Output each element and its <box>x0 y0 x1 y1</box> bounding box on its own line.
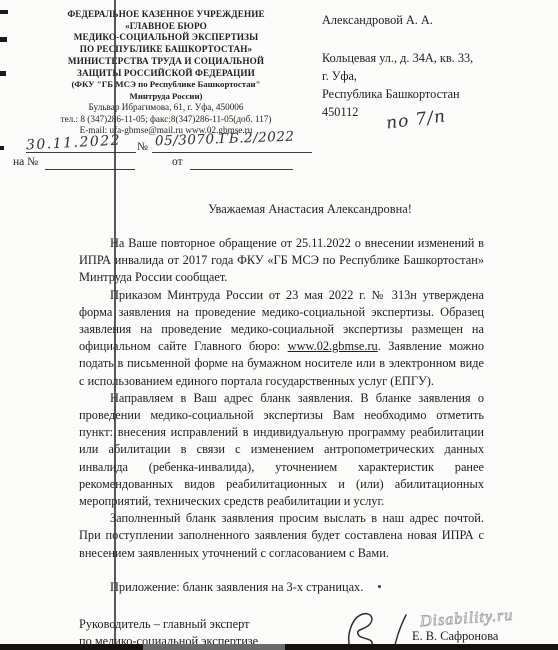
org-short-name-line: (ФКУ "ГБ МСЭ по Республике Башкортостан" <box>22 79 310 91</box>
paragraph-2: Приказом Минтруда России от 23 мая 2022 … <box>79 287 484 390</box>
scan-edge-mark <box>0 71 6 76</box>
org-name-line: ПО РЕСПУБЛИКЕ БАШКОРТОСТАН» <box>22 44 310 56</box>
scanned-letter-page: ФЕДЕРАЛЬНОЕ КАЗЕННОЕ УЧРЕЖДЕНИЕ «ГЛАВНОЕ… <box>0 0 558 650</box>
number-sign-label: № <box>137 141 148 153</box>
reply-number-underline <box>45 169 135 170</box>
scan-edge-mark <box>0 37 7 42</box>
paragraph-3: Направляем в Ваш адрес бланк заявления. … <box>79 390 484 510</box>
org-name-line: МЕДИКО-СОЦИАЛЬНОЙ ЭКСПЕРТИЗЫ <box>22 32 310 44</box>
org-name-line: «ГЛАВНОЕ БЮРО <box>22 21 310 33</box>
reply-from-label: от <box>172 156 183 168</box>
scan-edge-mark <box>0 146 4 150</box>
scan-noise-dot <box>378 585 381 588</box>
addressee-name: Александровой А. А. <box>322 13 473 28</box>
paper-fold-line <box>114 0 116 645</box>
attachment-line: Приложение: бланк заявления на 3-х стран… <box>79 580 484 595</box>
letter-body: На Ваше повторное обращение от 25.11.202… <box>79 235 484 562</box>
org-short-name-line: Минтруда России) <box>22 91 310 103</box>
org-name-line: МИНИСТЕРСТВА ТРУДА И СОЦИАЛЬНОЙ <box>22 56 310 68</box>
date-underline <box>26 152 136 153</box>
salutation: Уважаемая Анастасия Александровна! <box>100 202 520 217</box>
reply-date-underline <box>190 169 293 170</box>
signer-name: Е. В. Сафронова <box>412 629 498 644</box>
scan-bottom-edge-bar-light <box>143 644 285 650</box>
paragraph-4: Заполненный бланк заявления просим высла… <box>79 510 484 562</box>
addressee-address-line: Республика Башкортостан <box>322 85 473 103</box>
handwritten-outgoing-number: 05/3070.ГБ.2/2022 <box>155 129 295 150</box>
signer-title-line: Руководитель – главный эксперт <box>79 616 359 633</box>
reply-to-number-label: на № <box>13 156 38 168</box>
addressee-block: Александровой А. А. Кольцевая ул., д. 34… <box>322 13 473 121</box>
addressee-address: Кольцевая ул., д. 34А, кв. 33, г. Уфа, Р… <box>322 49 473 121</box>
website-url-text: www.02.gbmse.ru <box>288 339 378 353</box>
watermark-text: Disability.ru <box>419 607 513 631</box>
paragraph-1: На Ваше повторное обращение от 25.11.202… <box>79 235 484 287</box>
letterhead: ФЕДЕРАЛЬНОЕ КАЗЕННОЕ УЧРЕЖДЕНИЕ «ГЛАВНОЕ… <box>22 9 310 136</box>
scan-edge-mark <box>0 10 8 14</box>
org-postal-address: Бульвар Ибрагимова, 61, г. Уфа, 450006 <box>22 102 310 113</box>
org-name-line: ФЕДЕРАЛЬНОЕ КАЗЕННОЕ УЧРЕЖДЕНИЕ <box>22 9 310 21</box>
addressee-address-line: г. Уфа, <box>322 67 473 85</box>
org-phone-fax: тел.: 8 (347)286-11-05; факс:8(347)286-1… <box>22 114 310 125</box>
addressee-address-line: Кольцевая ул., д. 34А, кв. 33, <box>322 49 473 67</box>
number-underline <box>152 152 312 153</box>
org-name-line: ЗАЩИТЫ РОССИЙСКОЙ ФЕДЕРАЦИИ <box>22 68 310 80</box>
